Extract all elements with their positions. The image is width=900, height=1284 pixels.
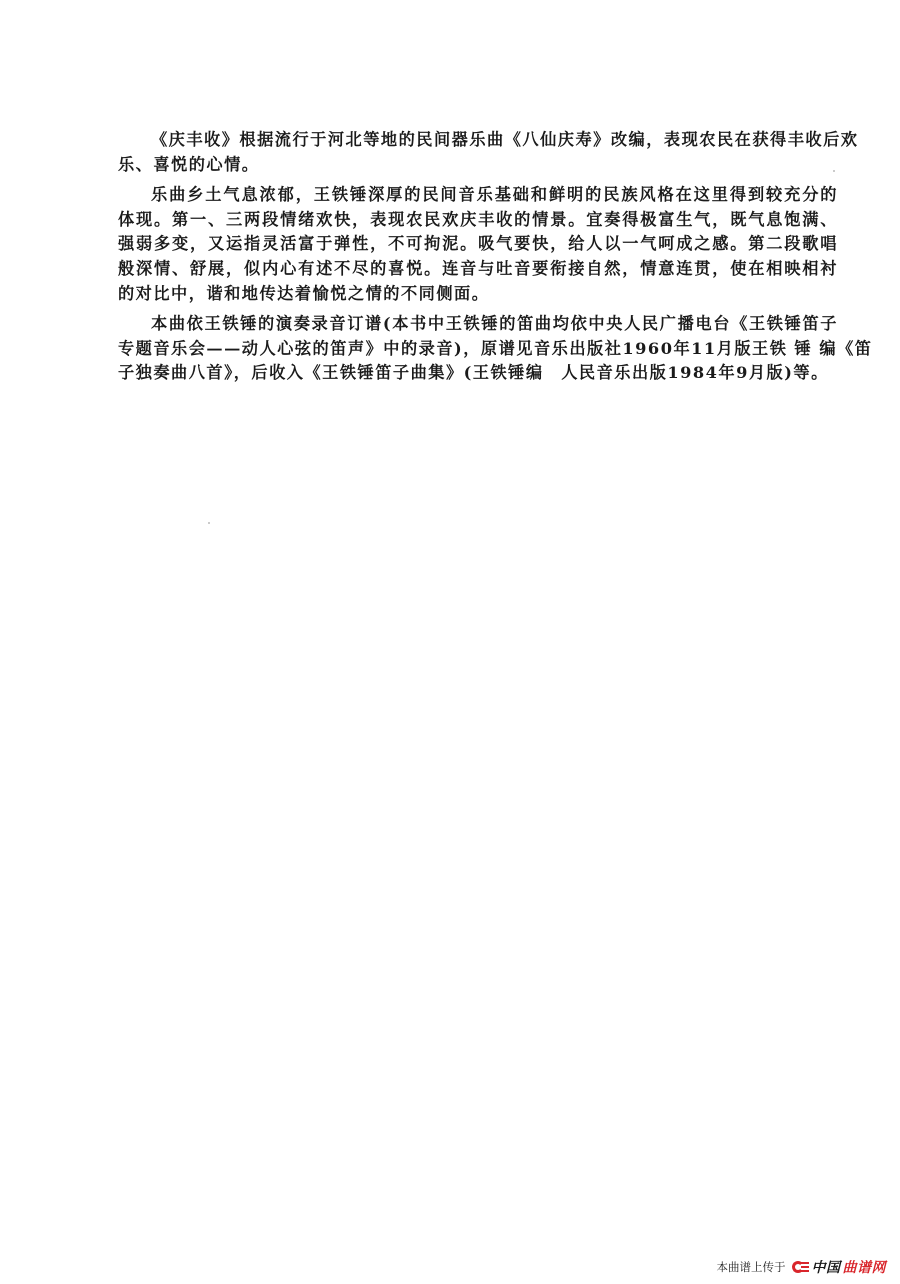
text-line: 专题音乐会——动人心弦的笛声》中的录音)，原谱见音乐出版社1960年11月版王铁… bbox=[118, 337, 838, 362]
paragraph-source: 本曲依王铁锤的演奏录音订谱(本书中王铁锤的笛曲均依中央人民广播电台《王铁锤笛子 … bbox=[118, 312, 838, 386]
site-name-primary: 中国 bbox=[812, 1257, 841, 1277]
text-line: 子独奏曲八首》，后收入《王铁锤笛子曲集》(王铁锤编 人民音乐出版1984年9月版… bbox=[118, 361, 838, 386]
paragraph-intro: 《庆丰收》根据流行于河北等地的民间器乐曲《八仙庆寿》改编，表现农民在获得丰收后欢… bbox=[118, 128, 838, 177]
upload-footer: 本曲谱上传于 中国 曲谱网 bbox=[717, 1256, 887, 1278]
text-line: 本曲依王铁锤的演奏录音订谱(本书中王铁锤的笛曲均依中央人民广播电台《王铁锤笛子 bbox=[118, 312, 838, 337]
text-line: 强弱多变，又运指灵活富于弹性，不可拘泥。吸气要快，给人以一气呵成之感。第二段歌唱 bbox=[118, 232, 838, 257]
text-line: 《庆丰收》根据流行于河北等地的民间器乐曲《八仙庆寿》改编，表现农民在获得丰收后欢 bbox=[118, 128, 838, 153]
scan-speck bbox=[833, 170, 835, 172]
text-line: 的对比中，谐和地传达着愉悦之情的不同侧面。 bbox=[118, 282, 838, 307]
site-name-accent: 曲谱网 bbox=[843, 1257, 887, 1277]
qupu-logo-icon bbox=[792, 1260, 810, 1274]
site-logo[interactable]: 中国 曲谱网 bbox=[792, 1257, 887, 1277]
document-body: 《庆丰收》根据流行于河北等地的民间器乐曲《八仙庆寿》改编，表现农民在获得丰收后欢… bbox=[118, 128, 838, 386]
text-line: 乐曲乡土气息浓郁，王铁锤深厚的民间音乐基础和鲜明的民族风格在这里得到较充分的 bbox=[118, 183, 838, 208]
text-line: 般深情、舒展，似内心有述不尽的喜悦。连音与吐音要衔接自然，情意连贯，使在相映相衬 bbox=[118, 257, 838, 282]
scan-speck bbox=[208, 522, 210, 524]
text-line: 体现。第一、三两段情绪欢快，表现农民欢庆丰收的情景。宜奏得极富生气，既气息饱满、 bbox=[118, 208, 838, 233]
uploaded-label: 本曲谱上传于 bbox=[717, 1259, 786, 1275]
text-line: 乐、喜悦的心情。 bbox=[118, 153, 838, 178]
paragraph-analysis: 乐曲乡土气息浓郁，王铁锤深厚的民间音乐基础和鲜明的民族风格在这里得到较充分的 体… bbox=[118, 183, 838, 306]
